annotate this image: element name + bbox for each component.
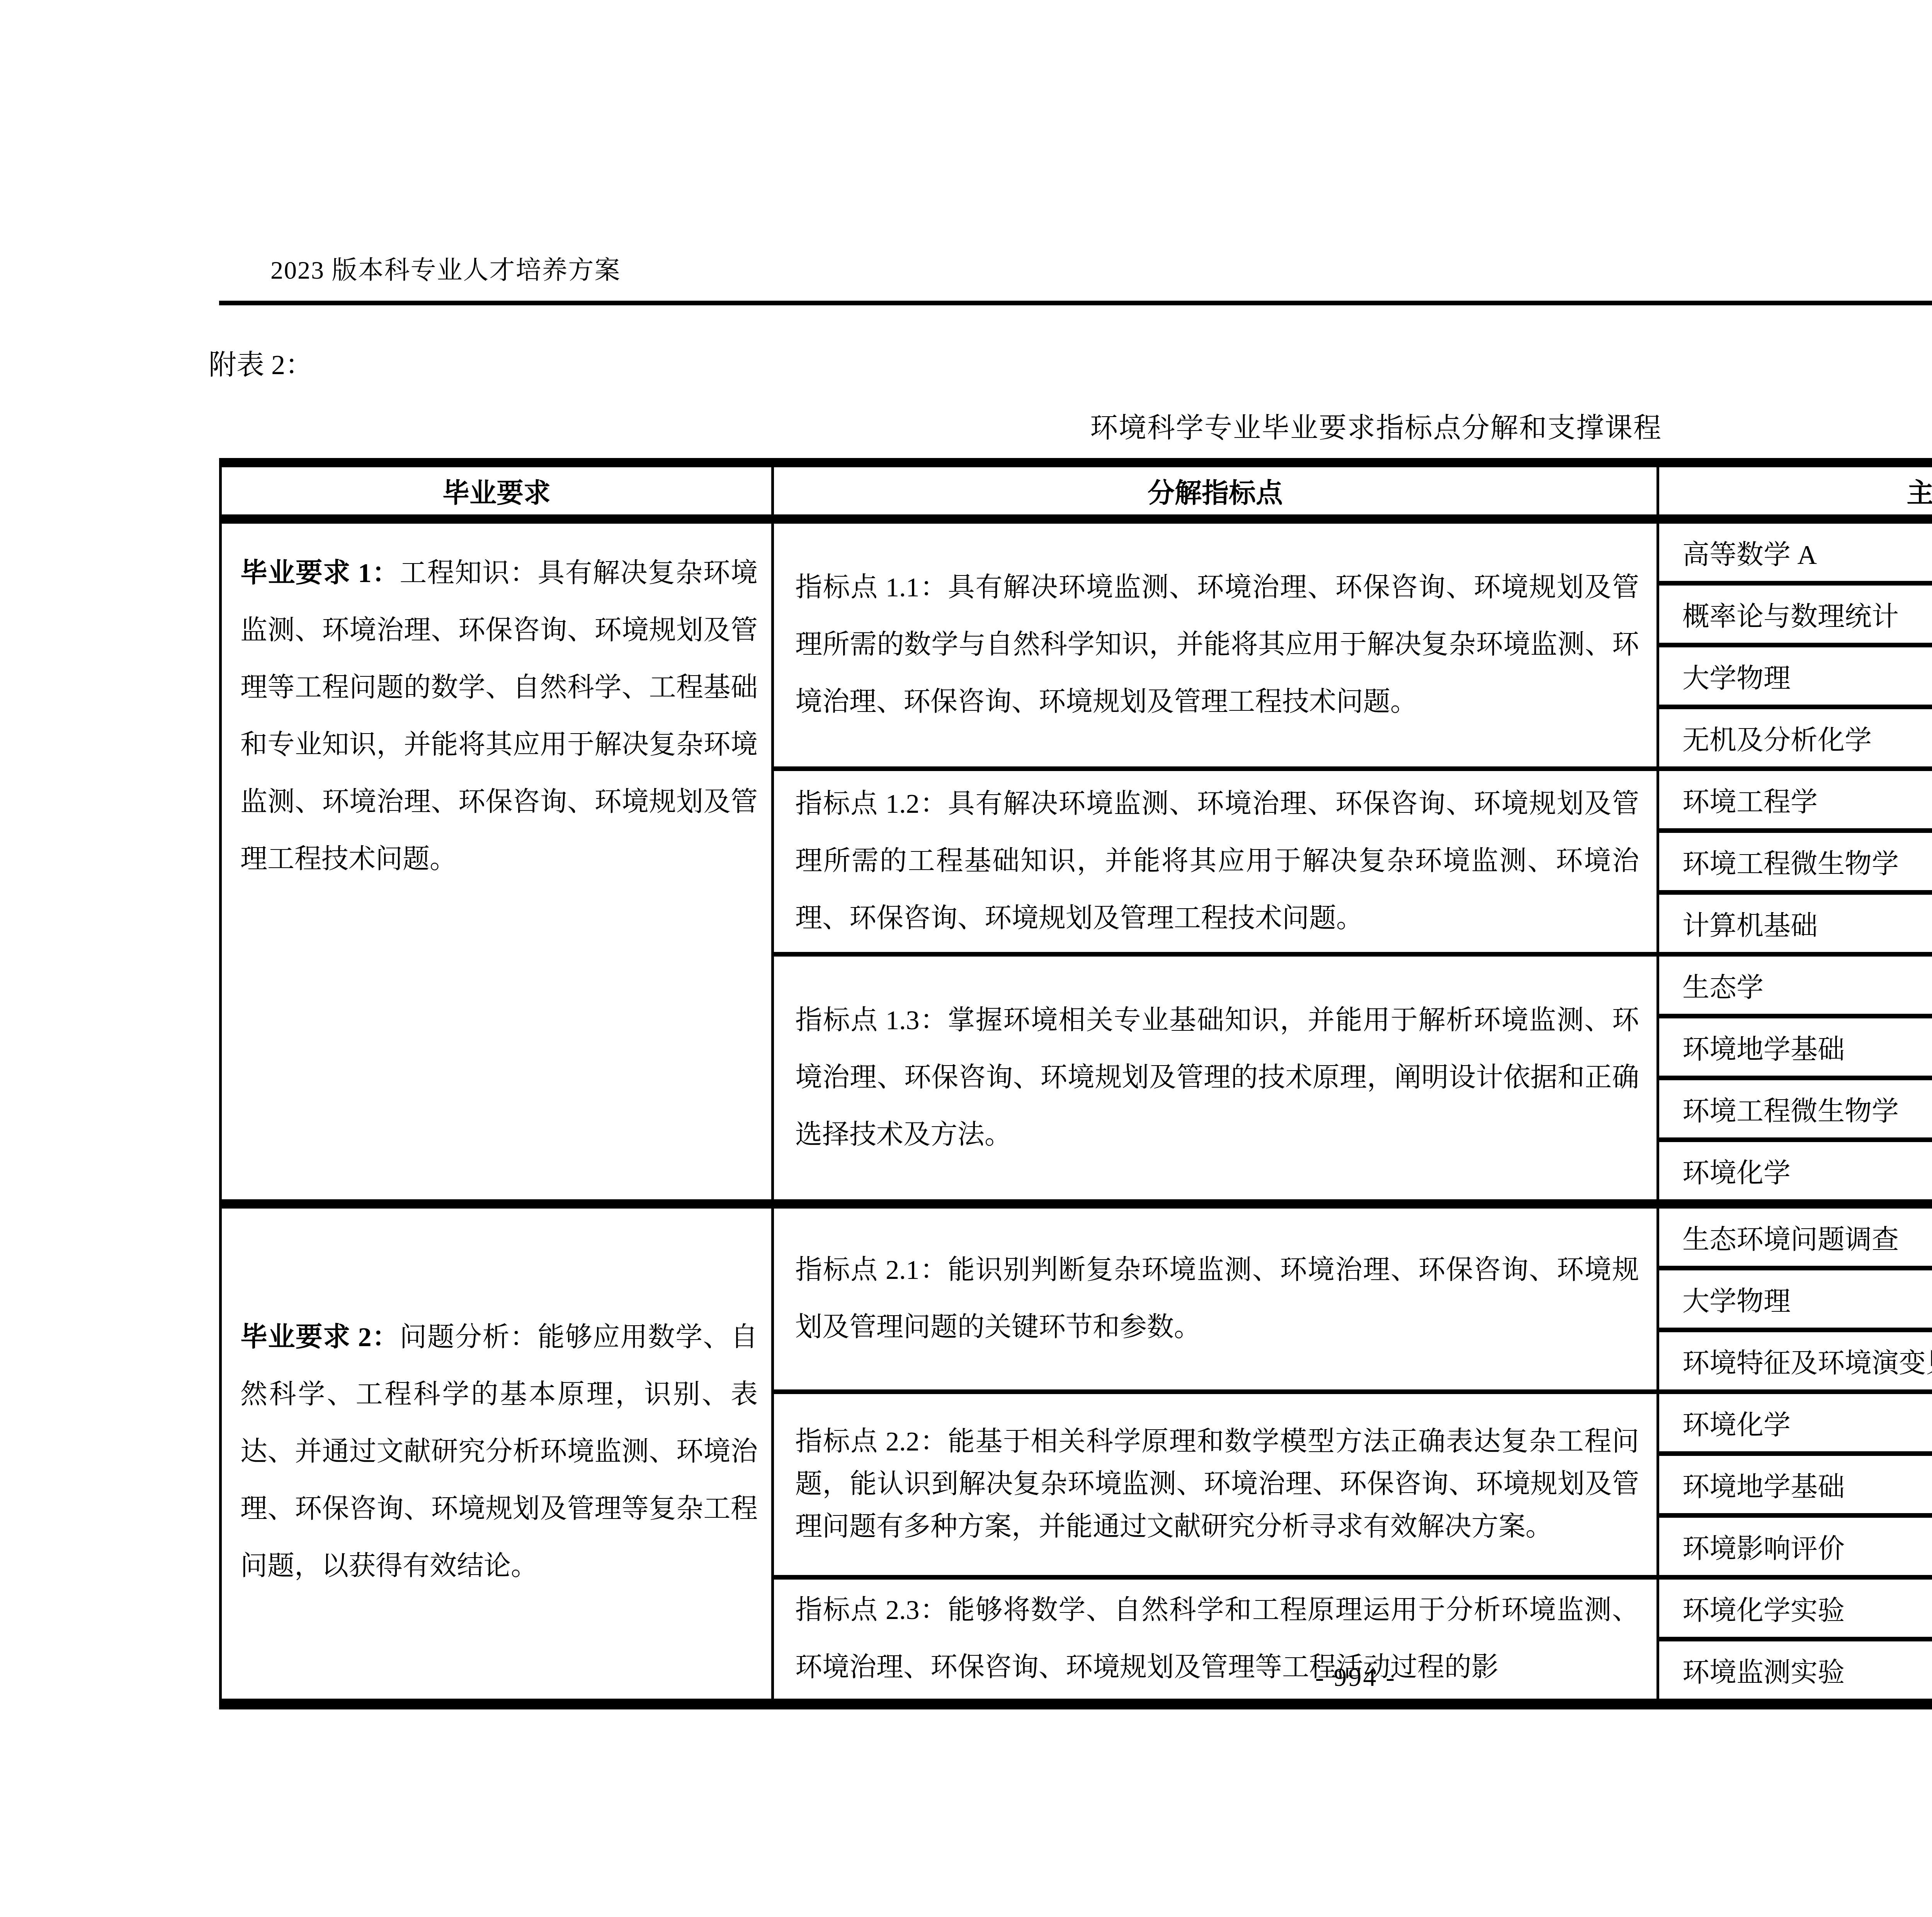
col-header-requirement: 毕业要求 (221, 463, 773, 519)
header-rule (219, 301, 1932, 305)
course-cell: 生态学 (1658, 954, 1932, 1016)
course-cell: 概率论与数理统计 (1658, 583, 1932, 645)
indicator-1-3-cell: 指标点 1.3：掌握环境相关专业基础知识，并能用于解析环境监测、环境治理、环保咨… (773, 954, 1658, 1204)
requirement-2-cell: 毕业要求 2：问题分析：能够应用数学、自然科学、工程科学的基本原理，识别、表达、… (221, 1204, 773, 1704)
indicator-1-1-cell: 指标点 1.1：具有解决环境监测、环境治理、环保咨询、环境规划及管理所需的数学与… (773, 519, 1658, 769)
course-cell: 环境工程微生物学 (1658, 1078, 1932, 1140)
course-cell: 环境工程学 (1658, 769, 1932, 831)
annex-label: 附表 2： (209, 342, 313, 382)
course-cell: 生态环境问题调查 (1658, 1204, 1932, 1268)
table-header-row: 毕业要求 分解指标点 主要支撑课程（教学环节）名称 (221, 463, 1932, 519)
col-header-courses: 主要支撑课程（教学环节）名称 (1658, 463, 1932, 519)
indicator-1-2-cell: 指标点 1.2：具有解决环境监测、环境治理、环保咨询、环境规划及管理所需的工程基… (773, 769, 1658, 954)
course-cell: 计算机基础 (1658, 892, 1932, 954)
col-header-indicator: 分解指标点 (773, 463, 1658, 519)
page-number: - 994 - (0, 1662, 1932, 1692)
course-cell: 环境影响评价 (1658, 1515, 1932, 1577)
table-row: 毕业要求 2：问题分析：能够应用数学、自然科学、工程科学的基本原理，识别、表达、… (221, 1204, 1932, 1268)
table-title: 环境科学专业毕业要求指标点分解和支撑课程 (219, 405, 1932, 445)
table-row: 毕业要求 1：工程知识：具有解决复杂环境监测、环境治理、环保咨询、环境规划及管理… (221, 519, 1932, 583)
course-cell: 环境地学基础 (1658, 1454, 1932, 1515)
course-cell: 环境地学基础 (1658, 1016, 1932, 1078)
course-cell: 环境化学实验 (1658, 1577, 1932, 1639)
course-cell: 大学物理 (1658, 1268, 1932, 1330)
page-header: 2023 版本科专业人才培养方案 (270, 249, 621, 286)
course-cell: 高等数学 A (1658, 519, 1932, 583)
requirement-1-text: 工程知识：具有解决复杂环境监测、环境治理、环保咨询、环境规划及管理等工程问题的数… (240, 558, 758, 874)
course-cell: 环境化学 (1658, 1392, 1932, 1454)
course-cell: 无机及分析化学 (1658, 707, 1932, 769)
course-cell: 环境化学 (1658, 1140, 1932, 1204)
course-cell: 环境工程微生物学 (1658, 831, 1932, 892)
indicator-2-1-cell: 指标点 2.1：能识别判断复杂环境监测、环境治理、环保咨询、环境规划及管理问题的… (773, 1204, 1658, 1392)
requirement-1-label: 毕业要求 1： (240, 558, 400, 588)
course-cell: 环境特征及环境演变见习 (1658, 1330, 1932, 1392)
document-page: { "page": { "header": "2023 版本科专业人才培养方案"… (0, 0, 1932, 1917)
requirements-table: 毕业要求 分解指标点 主要支撑课程（教学环节）名称 毕业要求 1：工程知识：具有… (219, 458, 1932, 1709)
indicator-2-2-cell: 指标点 2.2：能基于相关科学原理和数学模型方法正确表达复杂工程问题，能认识到解… (773, 1392, 1658, 1577)
course-cell: 大学物理 (1658, 645, 1932, 707)
requirement-2-label: 毕业要求 2： (240, 1323, 400, 1352)
requirement-1-cell: 毕业要求 1：工程知识：具有解决复杂环境监测、环境治理、环保咨询、环境规划及管理… (221, 519, 773, 1204)
requirement-2-text: 问题分析：能够应用数学、自然科学、工程科学的基本原理，识别、表达、并通过文献研究… (240, 1323, 758, 1581)
